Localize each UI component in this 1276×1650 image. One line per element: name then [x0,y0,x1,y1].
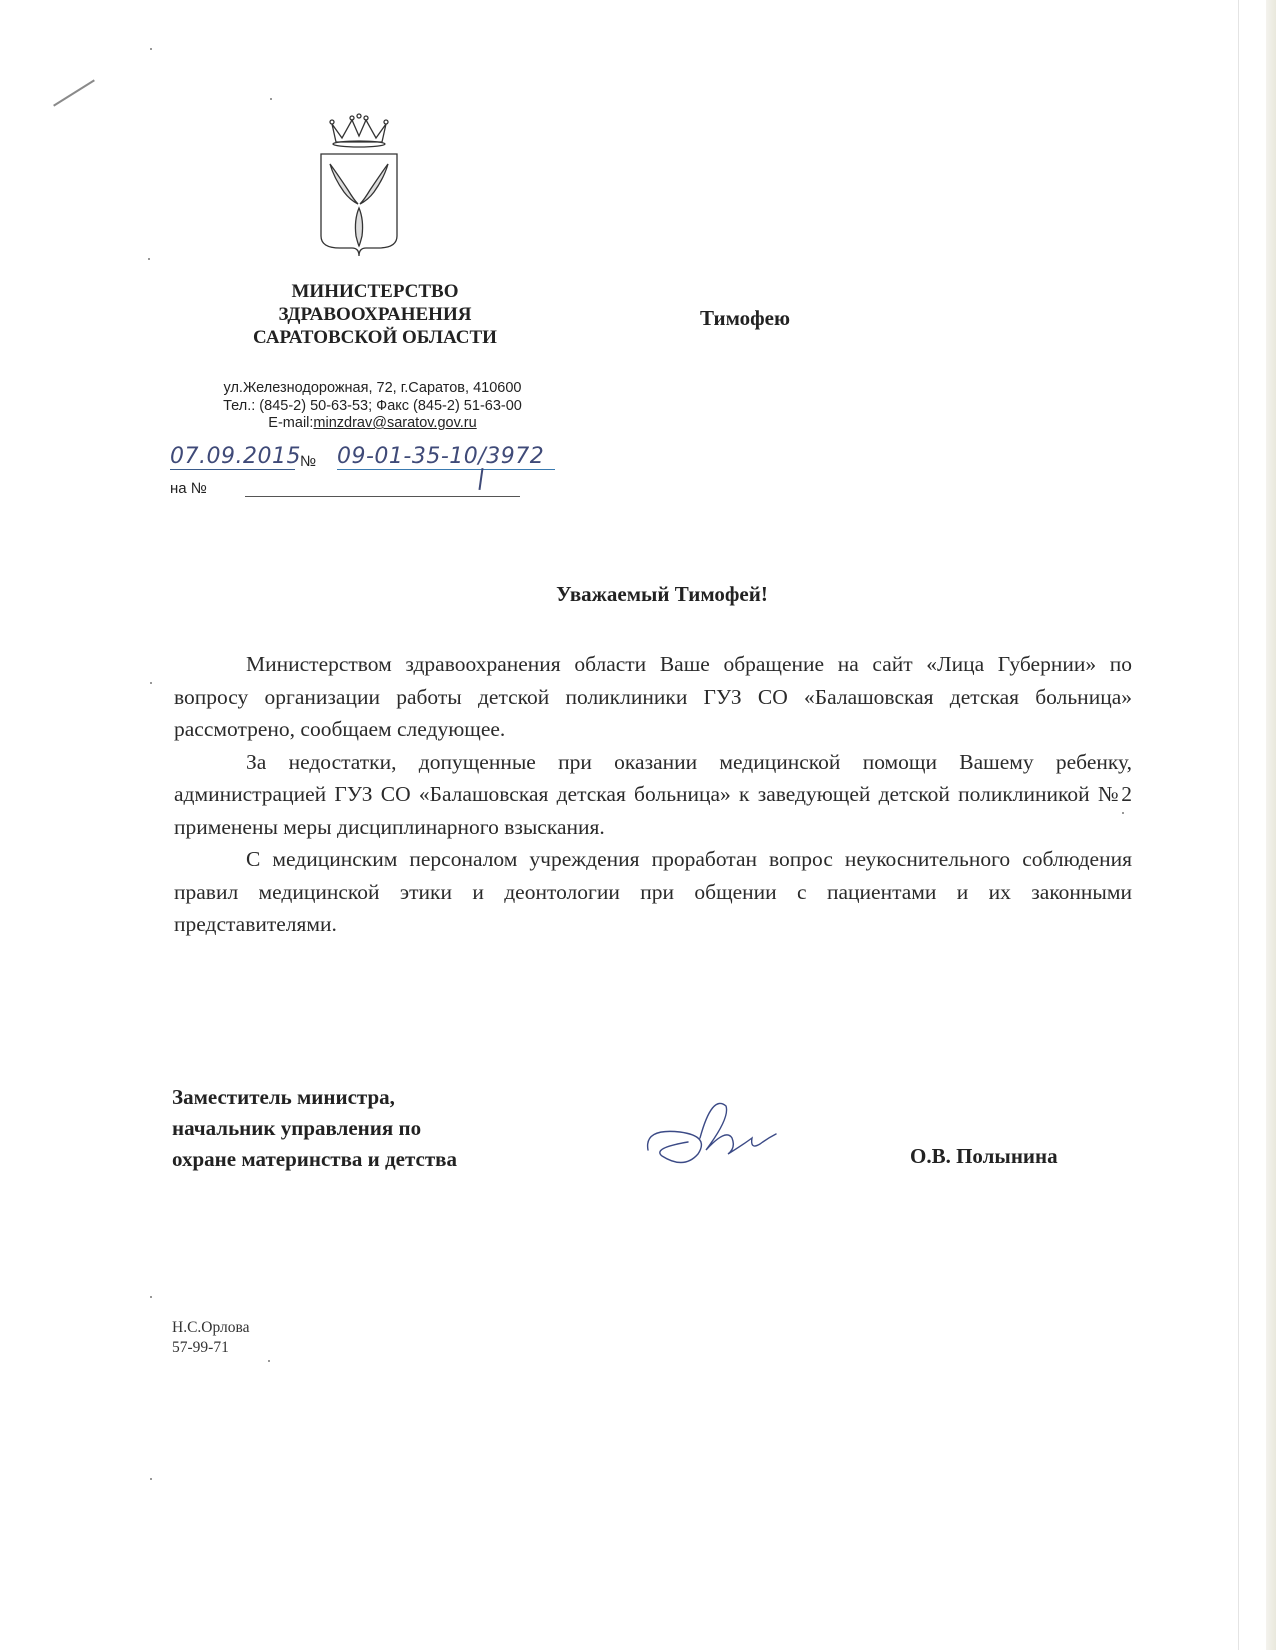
phone-fax: Тел.: (845-2) 50-63-53; Факс (845-2) 51-… [190,398,555,416]
pen-mark [53,79,95,106]
ministry-name: МИНИСТЕРСТВО ЗДРАВООХРАНЕНИЯ САРАТОВСКОЙ… [205,280,545,349]
executor-info: Н.С.Орлова 57-99-71 [172,1318,250,1358]
email-row: E-mail:minzdrav@saratov.gov.ru [190,415,555,433]
salutation: Уважаемый Тимофей! [0,582,1276,607]
signatory-title-line: Заместитель министра, [172,1082,457,1113]
outgoing-reference: 07.09.2015 № 09-01-35-10/3972 [170,444,570,474]
outgoing-date: 07.09.2015 [170,444,295,470]
body-paragraph: С медицинским персоналом учреждения прор… [174,843,1132,941]
letter-body: Министерством здравоохранения области Ва… [174,648,1132,941]
signatory-name: О.В. Полынина [910,1144,1058,1169]
ministry-line: САРАТОВСКОЙ ОБЛАСТИ [205,326,545,349]
scan-dot [150,682,152,684]
scan-dot [148,258,150,260]
recipient-name: Тимофею [700,306,790,331]
scan-dot [150,1478,152,1480]
scan-dot [270,98,272,100]
outgoing-number: 09-01-35-10/3972 [337,444,555,470]
scan-dot [150,1296,152,1298]
scan-paper-edge [1266,0,1276,1650]
signatory-title: Заместитель министра, начальник управлен… [172,1082,457,1175]
reply-label: на № [170,480,207,497]
postal-address: ул.Железнодорожная, 72, г.Саратов, 41060… [190,380,555,398]
signatory-title-line: начальник управления по [172,1113,457,1144]
executor-name: Н.С.Орлова [172,1318,250,1338]
body-paragraph: Министерством здравоохранения области Ва… [174,648,1132,746]
signatory-title-line: охране материнства и детства [172,1144,457,1175]
ministry-line: ЗДРАВООХРАНЕНИЯ [205,303,545,326]
ministry-line: МИНИСТЕРСТВО [205,280,545,303]
scan-dot [268,1360,270,1362]
executor-phone: 57-99-71 [172,1338,250,1358]
reply-reference: на № [170,480,540,500]
email-label: E-mail: [268,415,313,431]
email-link[interactable]: minzdrav@saratov.gov.ru [313,415,476,431]
salutation-text: Уважаемый Тимофей! [556,582,768,607]
body-paragraph: За недостатки, допущенные при оказании м… [174,746,1132,844]
number-label: № [300,453,316,470]
scan-dot [150,48,152,50]
scan-page-edge [1238,0,1239,1650]
handwritten-signature-icon [640,1098,810,1178]
reply-number-blank [245,496,520,497]
ministry-contacts: ул.Железнодорожная, 72, г.Саратов, 41060… [190,380,555,433]
saratov-coat-of-arms-icon [318,108,400,258]
